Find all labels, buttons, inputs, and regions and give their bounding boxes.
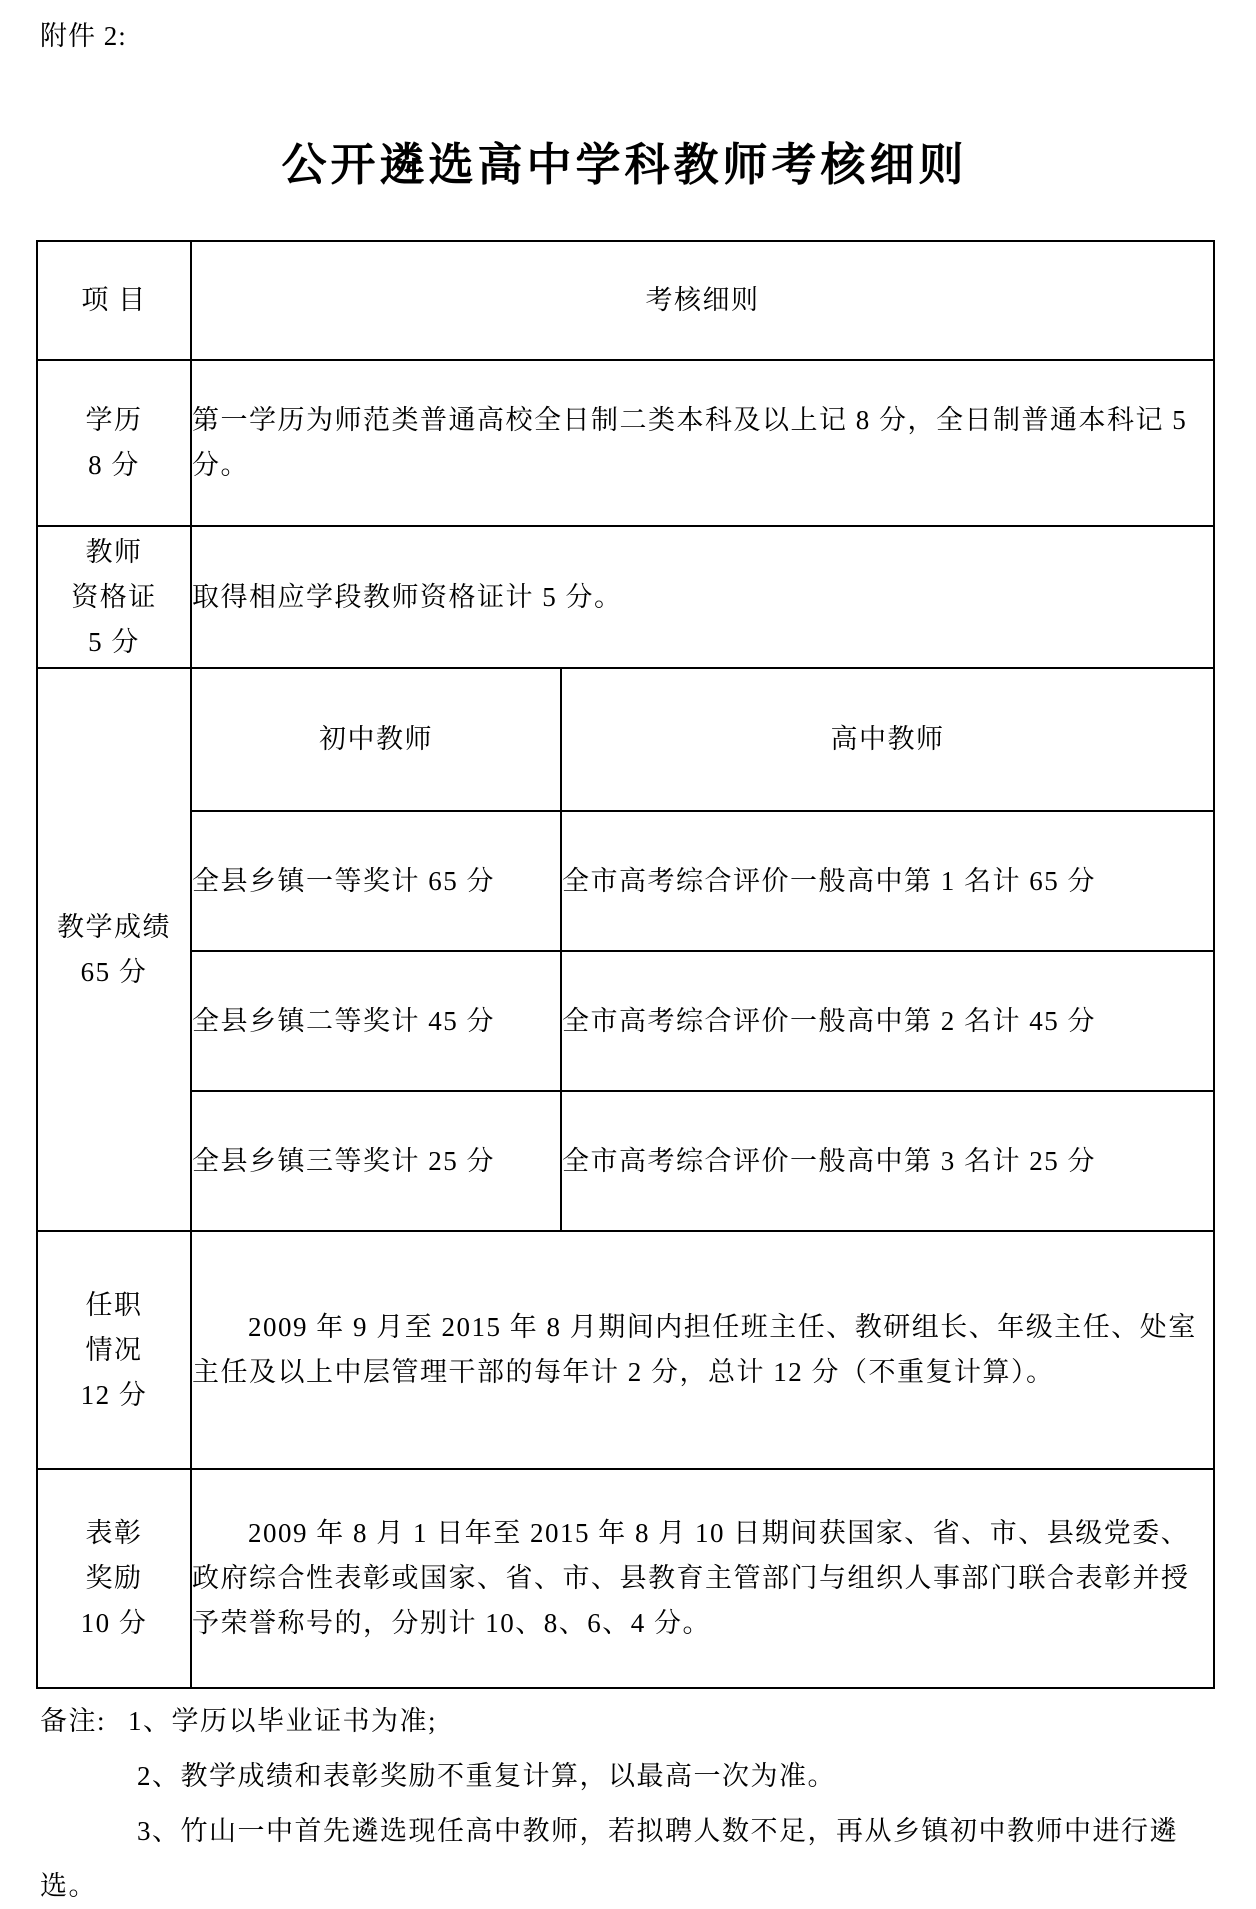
attachment-label: 附件 2: <box>40 14 127 53</box>
teaching-col-junior: 初中教师 <box>191 668 561 811</box>
education-content: 第一学历为师范类普通高校全日制二类本科及以上记 8 分，全日制普通本科记 5 分… <box>191 360 1214 526</box>
table-header-row: 项 目 考核细则 <box>37 241 1214 360</box>
table-row-teaching-header: 教学成绩 65 分 初中教师 高中教师 <box>37 668 1214 811</box>
table-row-certificate: 教师 资格证 5 分 取得相应学段教师资格证计 5 分。 <box>37 526 1214 668</box>
table-row-tenure: 任职 情况 12 分 2009 年 9 月至 2015 年 8 月期间内担任班主… <box>37 1231 1214 1469</box>
teaching-senior-second: 全市高考综合评价一般高中第 2 名计 45 分 <box>561 951 1214 1091</box>
note-item-3: 3、竹山一中首先遴选现任高中教师，若拟聘人数不足，再从乡镇初中教师中进行遴选。 <box>40 1804 1220 1909</box>
teaching-senior-third: 全市高考综合评价一般高中第 3 名计 25 分 <box>561 1091 1214 1231</box>
teaching-junior-first: 全县乡镇一等奖计 65 分 <box>191 811 561 951</box>
teaching-col-senior: 高中教师 <box>561 668 1214 811</box>
note-item-2: 2、教学成绩和表彰奖励不重复计算，以最高一次为准。 <box>40 1749 1220 1804</box>
note-item-1: 1、学历以毕业证书为准; <box>128 1706 437 1736</box>
teaching-junior-third: 全县乡镇三等奖计 25 分 <box>191 1091 561 1231</box>
tenure-label: 任职 情况 12 分 <box>37 1231 191 1469</box>
table-row-awards: 表彰 奖励 10 分 2009 年 8 月 1 日年至 2015 年 8 月 1… <box>37 1469 1214 1688</box>
header-cell-criteria: 考核细则 <box>191 241 1214 360</box>
certificate-label: 教师 资格证 5 分 <box>37 526 191 668</box>
education-label: 学历 8 分 <box>37 360 191 526</box>
header-cell-item: 项 目 <box>37 241 191 360</box>
teaching-row-first: 全县乡镇一等奖计 65 分 全市高考综合评价一般高中第 1 名计 65 分 <box>37 811 1214 951</box>
notes-prefix: 备注: <box>40 1706 106 1736</box>
document-page: 附件 2: 公开遴选高中学科教师考核细则 项 目 考核细则 学历 8 分 第一学… <box>0 0 1256 1909</box>
awards-content: 2009 年 8 月 1 日年至 2015 年 8 月 10 日期间获国家、省、… <box>191 1469 1214 1688</box>
teaching-row-third: 全县乡镇三等奖计 25 分 全市高考综合评价一般高中第 3 名计 25 分 <box>37 1091 1214 1231</box>
notes-section: 备注:1、学历以毕业证书为准; 2、教学成绩和表彰奖励不重复计算，以最高一次为准… <box>40 1694 1220 1909</box>
teaching-senior-first: 全市高考综合评价一般高中第 1 名计 65 分 <box>561 811 1214 951</box>
assessment-table: 项 目 考核细则 学历 8 分 第一学历为师范类普通高校全日制二类本科及以上记 … <box>36 240 1215 1689</box>
note-line-1: 备注:1、学历以毕业证书为准; <box>40 1694 1220 1749</box>
teaching-row-second: 全县乡镇二等奖计 45 分 全市高考综合评价一般高中第 2 名计 45 分 <box>37 951 1214 1091</box>
page-title: 公开遴选高中学科教师考核细则 <box>36 128 1213 193</box>
table-row-education: 学历 8 分 第一学历为师范类普通高校全日制二类本科及以上记 8 分，全日制普通… <box>37 360 1214 526</box>
teaching-junior-second: 全县乡镇二等奖计 45 分 <box>191 951 561 1091</box>
awards-label: 表彰 奖励 10 分 <box>37 1469 191 1688</box>
certificate-content: 取得相应学段教师资格证计 5 分。 <box>191 526 1214 668</box>
tenure-content: 2009 年 9 月至 2015 年 8 月期间内担任班主任、教研组长、年级主任… <box>191 1231 1214 1469</box>
teaching-label: 教学成绩 65 分 <box>37 668 191 1231</box>
